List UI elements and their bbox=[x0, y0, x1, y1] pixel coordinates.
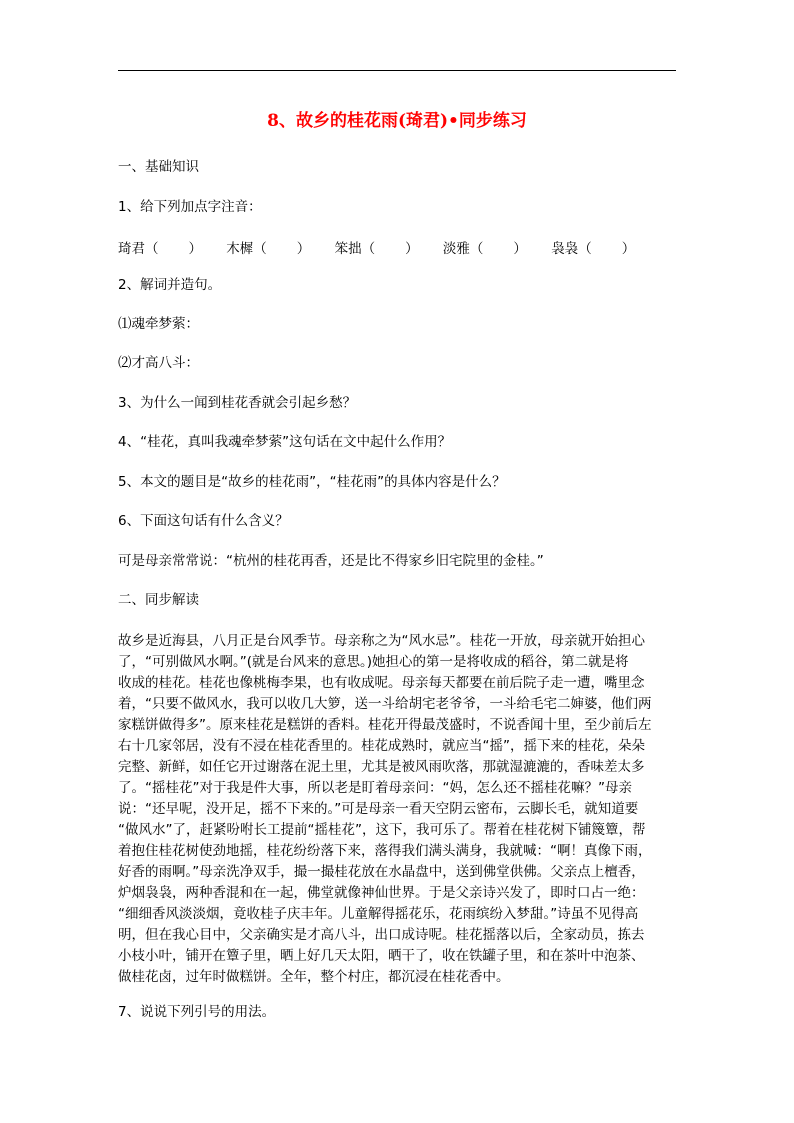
open-paren: （ bbox=[578, 241, 592, 257]
pinyin-word: 袅袅 bbox=[551, 241, 578, 257]
pinyin-item: 淡雅（） bbox=[443, 237, 527, 257]
close-paren: ） bbox=[189, 241, 203, 257]
close-paren: ） bbox=[405, 241, 419, 257]
passage-line: 炉烟袅袅，两种香混和在一起，佛堂就像神仙世界。于是父亲诗兴发了，即时口占一绝： bbox=[118, 883, 678, 904]
question-2-item-2: ⑵才高八斗： bbox=[118, 355, 199, 371]
question-1-prompt: 1、给下列加点字注音： bbox=[118, 199, 262, 215]
pinyin-word: 木樨 bbox=[226, 241, 253, 257]
pinyin-item: 笨拙（） bbox=[335, 237, 419, 257]
section-heading-reading: 二、同步解读 bbox=[118, 592, 199, 608]
question-2-item-1: ⑴魂牵梦萦： bbox=[118, 316, 199, 332]
passage-line: 小枝小叶，铺开在簟子里，晒上好几天太阳，晒干了，收在铁罐子里，和在茶叶中泡茶、 bbox=[118, 946, 678, 967]
header-rule bbox=[118, 70, 676, 71]
question-3: 3、为什么一闻到桂花香就会引起乡愁？ bbox=[118, 395, 356, 411]
pinyin-row: 琦君（） 木樨（） 笨拙（） 淡雅（） 袅袅（） bbox=[118, 237, 655, 257]
open-paren: （ bbox=[470, 241, 484, 257]
passage-line: 收成的桂花。桂花也像桃梅李果，也有收成呢。母亲每天都要在前后院子走一遭，嘴里念 bbox=[118, 673, 678, 694]
passage-line: 了，“可别做风水啊。”(就是台风来的意思。)她担心的第一是将收成的稻谷，第二就是… bbox=[118, 652, 678, 673]
passage-line: 完整、新鲜，如任它开过谢落在泥土里，尤其是被风雨吹落，那就湿漉漉的，香味差太多 bbox=[118, 757, 678, 778]
question-4: 4、“桂花，真叫我魂牵梦萦”这句话在文中起什么作用？ bbox=[118, 434, 451, 450]
reading-passage: 故乡是近海县，八月正是台风季节。母亲称之为“风水忌”。桂花一开放，母亲就开始担心… bbox=[118, 631, 678, 988]
passage-line: 好香的雨啊。”母亲洗净双手，撮一撮桂花放在水晶盘中，送到佛堂供佛。父亲点上檀香， bbox=[118, 862, 678, 883]
pinyin-word: 琦君 bbox=[118, 241, 145, 257]
page-title: 8、故乡的桂花雨(琦君)•同步练习 bbox=[0, 106, 794, 131]
passage-line: 做桂花卤，过年时做糕饼。全年，整个村庄，都沉浸在桂花香中。 bbox=[118, 967, 678, 988]
close-paren: ） bbox=[297, 241, 311, 257]
open-paren: （ bbox=[362, 241, 376, 257]
passage-line: 了。“摇桂花”对于我是件大事，所以老是盯着母亲问：“妈，怎么还不摇桂花嘛？”母亲 bbox=[118, 778, 678, 799]
passage-line: 故乡是近海县，八月正是台风季节。母亲称之为“风水忌”。桂花一开放，母亲就开始担心 bbox=[118, 631, 678, 652]
passage-line: 说：“还早呢，没开足，摇不下来的。”可是母亲一看天空阴云密布，云脚长毛，就知道要 bbox=[118, 799, 678, 820]
passage-line: “做风水”了，赶紧吩咐长工提前“摇桂花”，这下，我可乐了。帮着在桂花树下铺篾簟，… bbox=[118, 820, 678, 841]
section-heading-basics: 一、基础知识 bbox=[118, 159, 199, 175]
pinyin-word: 淡雅 bbox=[443, 241, 470, 257]
passage-line: 右十几家邻居，没有不浸在桂花香里的。桂花成熟时，就应当“摇”，摇下来的桂花，朵朵 bbox=[118, 736, 678, 757]
passage-line: “细细香风淡淡烟，竟收桂子庆丰年。儿童解得摇花乐，花雨缤纷入梦甜。”诗虽不见得高 bbox=[118, 904, 678, 925]
question-5: 5、本文的题目是“故乡的桂花雨”，“桂花雨”的具体内容是什么？ bbox=[118, 474, 506, 490]
close-paren: ） bbox=[513, 241, 527, 257]
close-paren: ） bbox=[622, 241, 636, 257]
question-6-prompt: 6、下面这句话有什么含义？ bbox=[118, 513, 289, 529]
pinyin-item: 木樨（） bbox=[226, 237, 310, 257]
pinyin-item: 袅袅（） bbox=[551, 237, 635, 257]
question-6-quote: 可是母亲常常说：“杭州的桂花再香，还是比不得家乡旧宅院里的金桂。” bbox=[118, 553, 544, 569]
question-7: 7、说说下列引号的用法。 bbox=[118, 1004, 275, 1020]
open-paren: （ bbox=[145, 241, 159, 257]
pinyin-item: 琦君（） bbox=[118, 237, 202, 257]
passage-line: 着，“只要不做风水，我可以收几大箩，送一斗给胡宅老爷爷，一斗给毛宅二婶婆，他们两 bbox=[118, 694, 678, 715]
passage-line: 明，但在我心目中，父亲确实是才高八斗，出口成诗呢。桂花摇落以后，全家动员，拣去 bbox=[118, 925, 678, 946]
passage-line: 着抱住桂花树使劲地摇，桂花纷纷落下来，落得我们满头满身，我就喊：“啊！真像下雨， bbox=[118, 841, 678, 862]
open-paren: （ bbox=[253, 241, 267, 257]
question-2-prompt: 2、解词并造句。 bbox=[118, 277, 221, 293]
pinyin-word: 笨拙 bbox=[335, 241, 362, 257]
passage-line: 家糕饼做得多”。原来桂花是糕饼的香料。桂花开得最茂盛时，不说香闻十里，至少前后左 bbox=[118, 715, 678, 736]
